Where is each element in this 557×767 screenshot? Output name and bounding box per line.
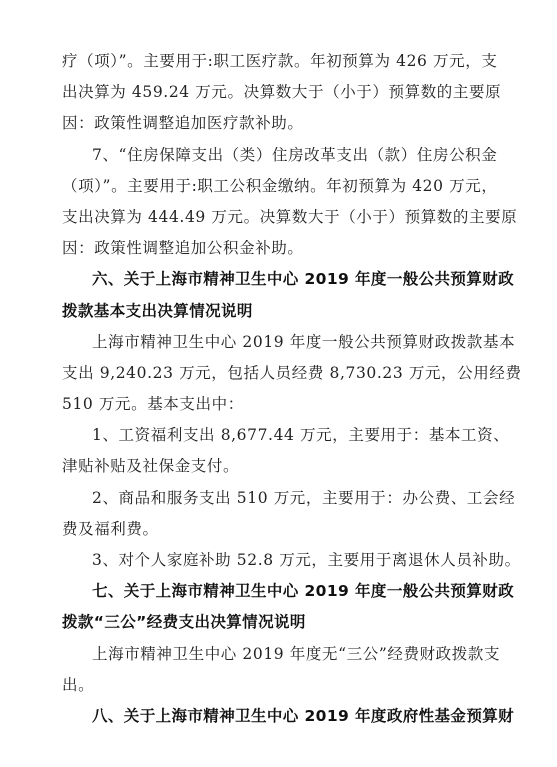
paragraph-wages-welfare: 1、工资福利支出 8,677.44 万元，主要用于：基本工资、 津贴补贴及社保金… [62, 420, 500, 482]
text-line: （项）”。主要用于:职工公积金缴纳。年初预算为 420 万元， [62, 171, 500, 202]
paragraph-housing-fund-item: 7、“住房保障支出（类）住房改革支出（款）住房公积金 （项）”。主要用于:职工公… [62, 140, 500, 265]
document-page: 疗（项）”。主要用于:职工医疗款。年初预算为 426 万元，支 出决算为 459… [0, 0, 557, 767]
paragraph-medical-item: 疗（项）”。主要用于:职工医疗款。年初预算为 426 万元，支 出决算为 459… [62, 46, 500, 140]
heading-line: 七、关于上海市精神卫生中心 2019 年度一般公共预算财政 [62, 576, 500, 607]
heading-line: 六、关于上海市精神卫生中心 2019 年度一般公共预算财政 [62, 264, 500, 295]
text-line: 费及福利费。 [62, 514, 500, 545]
text-line: 因：政策性调整追加医疗款补助。 [62, 108, 500, 139]
text-line: 2、商品和服务支出 510 万元，主要用于：办公费、工会经 [62, 483, 500, 514]
paragraph-three-public: 上海市精神卫生中心 2019 年度无“三公”经费财政拨款支 出。 [62, 639, 500, 701]
heading-line: 八、关于上海市精神卫生中心 2019 年度政府性基金预算财 [62, 701, 500, 732]
text-line: 支出决算为 444.49 万元。决算数大于（小于）预算数的主要原 [62, 202, 500, 233]
text-line: 出决算为 459.24 万元。决算数大于（小于）预算数的主要原 [62, 77, 500, 108]
text-line: 510 万元。基本支出中： [62, 389, 500, 420]
paragraph-goods-services: 2、商品和服务支出 510 万元，主要用于：办公费、工会经 费及福利费。 [62, 483, 500, 545]
text-line: 上海市精神卫生中心 2019 年度无“三公”经费财政拨款支 [62, 639, 500, 670]
text-line: 上海市精神卫生中心 2019 年度一般公共预算财政拨款基本 [62, 327, 500, 358]
section-heading-7: 七、关于上海市精神卫生中心 2019 年度一般公共预算财政 拨款“三公”经费支出… [62, 576, 500, 638]
section-heading-8: 八、关于上海市精神卫生中心 2019 年度政府性基金预算财 [62, 701, 500, 732]
heading-line: 拨款基本支出决算情况说明 [62, 296, 500, 327]
text-line: 支出 9,240.23 万元，包括人员经费 8,730.23 万元，公用经费 [62, 358, 500, 389]
paragraph-basic-expenditure: 上海市精神卫生中心 2019 年度一般公共预算财政拨款基本 支出 9,240.2… [62, 327, 500, 421]
section-heading-6: 六、关于上海市精神卫生中心 2019 年度一般公共预算财政 拨款基本支出决算情况… [62, 264, 500, 326]
text-line: 因：政策性调整追加公积金补助。 [62, 233, 500, 264]
text-line: 3、对个人家庭补助 52.8 万元，主要用于离退休人员补助。 [62, 545, 500, 576]
document-body: 疗（项）”。主要用于:职工医疗款。年初预算为 426 万元，支 出决算为 459… [62, 46, 500, 732]
paragraph-household-subsidy: 3、对个人家庭补助 52.8 万元，主要用于离退休人员补助。 [62, 545, 500, 576]
text-line: 7、“住房保障支出（类）住房改革支出（款）住房公积金 [62, 140, 500, 171]
text-line: 疗（项）”。主要用于:职工医疗款。年初预算为 426 万元，支 [62, 46, 500, 77]
text-line: 津贴补贴及社保金支付。 [62, 451, 500, 482]
heading-line: 拨款“三公”经费支出决算情况说明 [62, 607, 500, 638]
text-line: 1、工资福利支出 8,677.44 万元，主要用于：基本工资、 [62, 420, 500, 451]
text-line: 出。 [62, 670, 500, 701]
